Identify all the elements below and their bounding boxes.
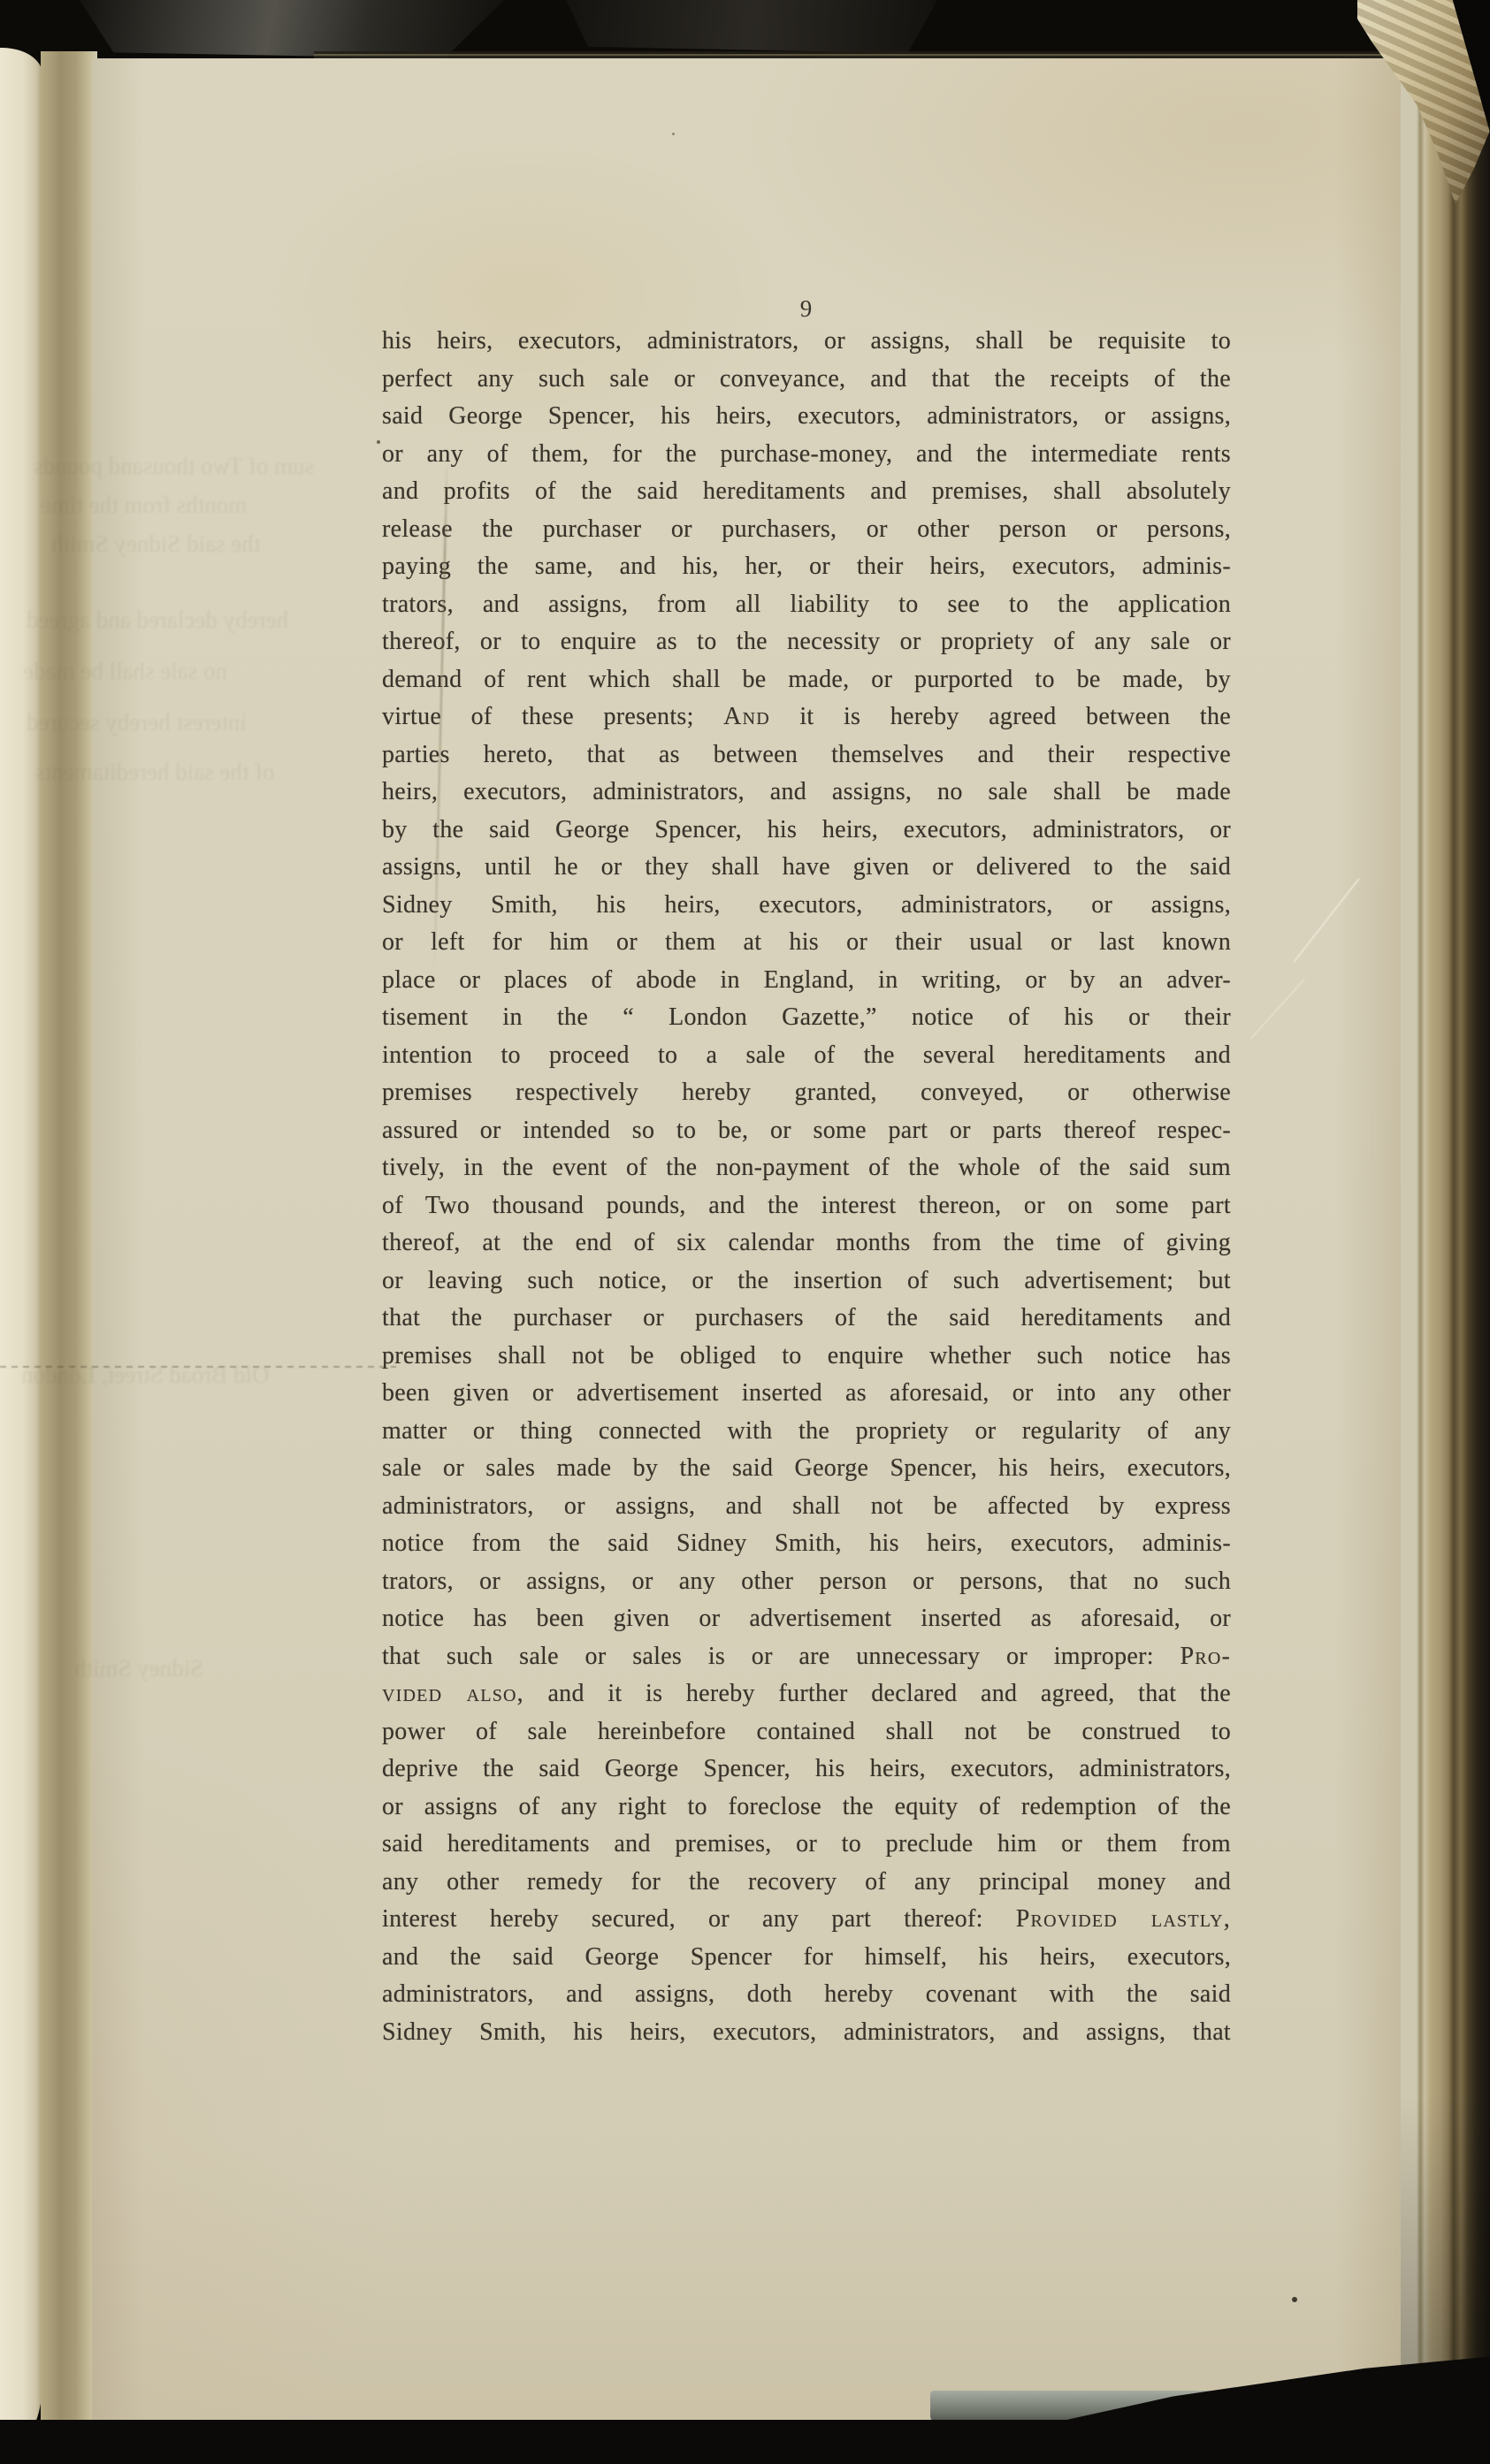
text-line: Sidney Smith, his heirs, executors, admi… <box>382 887 1231 925</box>
text-line: or any of them, for the purchase-money, … <box>382 436 1231 474</box>
text-line: said George Spencer, his heirs, executor… <box>382 398 1231 436</box>
show-through-text: no sale shall be made <box>23 658 227 685</box>
text-line: sale or sales made by the said George Sp… <box>382 1450 1231 1488</box>
text-line: perfect any such sale or conveyance, and… <box>382 361 1231 399</box>
page-number: 9 <box>382 295 1231 323</box>
text-line: of Two thousand pounds, and the interest… <box>382 1187 1231 1225</box>
text-line: demand of rent which shall be made, or p… <box>382 661 1231 699</box>
book-cover-reflection <box>566 0 937 53</box>
show-through-text: of the said hereditaments <box>35 759 275 786</box>
text-line: or assigns of any right to foreclose the… <box>382 1789 1231 1827</box>
text-line: that the purchaser or purchasers of the … <box>382 1300 1231 1338</box>
text-line: trators, and assigns, from all liability… <box>382 586 1231 624</box>
text-line: heirs, executors, administrators, and as… <box>382 774 1231 812</box>
ink-speck <box>672 133 675 135</box>
text-line: release the purchaser or purchasers, or … <box>382 511 1231 549</box>
text-line: vided also, and it is hereby further dec… <box>382 1675 1231 1713</box>
text-line: assured or intended so to be, or some pa… <box>382 1112 1231 1150</box>
text-line: premises respectively hereby granted, co… <box>382 1074 1231 1112</box>
text-line: said hereditaments and premises, or to p… <box>382 1826 1231 1864</box>
show-through-text: Old Broad Street, London <box>21 1362 269 1389</box>
text-line: Sidney Smith, his heirs, executors, admi… <box>382 2014 1231 2052</box>
text-line: thereof, at the end of six calendar mont… <box>382 1224 1231 1263</box>
text-line: paying the same, and his, her, or their … <box>382 548 1231 586</box>
show-through-text: the said Sidney Smith <box>51 530 260 558</box>
deed-text: his heirs, executors, administrators, or… <box>382 323 1231 2051</box>
text-line: and profits of the said hereditaments an… <box>382 473 1231 511</box>
text-line: virtue of these presents; And it is here… <box>382 698 1231 736</box>
text-line: and the said George Spencer for himself,… <box>382 1939 1231 1977</box>
text-line: thereof, or to enquire as to the necessi… <box>382 623 1231 661</box>
ink-speck <box>1292 2297 1297 2302</box>
text-line: assigns, until he or they shall have giv… <box>382 849 1231 887</box>
text-line: or left for him or them at his or their … <box>382 924 1231 962</box>
show-through-text: interest hereby secured <box>27 709 247 736</box>
text-line: place or places of abode in England, in … <box>382 962 1231 1000</box>
show-through-text: Sidney Smith <box>74 1655 203 1682</box>
text-line: by the said George Spencer, his heirs, e… <box>382 812 1231 850</box>
text-line: his heirs, executors, administrators, or… <box>382 323 1231 361</box>
text-line: notice has been given or advertisement i… <box>382 1600 1231 1638</box>
text-line: tively, in the event of the non-payment … <box>382 1149 1231 1187</box>
text-line: been given or advertisement inserted as … <box>382 1375 1231 1413</box>
text-line: administrators, and assigns, doth hereby… <box>382 1976 1231 2014</box>
text-line: intention to proceed to a sale of the se… <box>382 1037 1231 1075</box>
book-scan: 9 his heirs, executors, administrators, … <box>0 0 1490 2464</box>
text-line: parties hereto, that as between themselv… <box>382 736 1231 774</box>
text-line: deprive the said George Spencer, his hei… <box>382 1751 1231 1789</box>
show-through-text: months from the time <box>41 492 247 519</box>
text-line: notice from the said Sidney Smith, his h… <box>382 1525 1231 1563</box>
right-page-edges <box>1395 0 1490 2464</box>
previous-page-edge <box>0 48 42 2445</box>
text-line: any other remedy for the recovery of any… <box>382 1864 1231 1902</box>
text-line: or leaving such notice, or the insertion… <box>382 1263 1231 1301</box>
text-line: that such sale or sales is or are unnece… <box>382 1638 1231 1676</box>
text-line: administrators, or assigns, and shall no… <box>382 1488 1231 1526</box>
background-bottom <box>0 2420 1490 2464</box>
ink-speck <box>377 440 380 444</box>
book-page: 9 his heirs, executors, administrators, … <box>92 58 1401 2428</box>
binding-gutter-shadow <box>41 51 97 2437</box>
text-line: tisement in the “ London Gazette,” notic… <box>382 999 1231 1037</box>
text-line: matter or thing connected with the propr… <box>382 1413 1231 1451</box>
text-line: power of sale hereinbefore contained sha… <box>382 1713 1231 1751</box>
show-through-text: hereby declared and agreed <box>27 606 288 634</box>
show-through-text: sum of Two thousand pounds <box>34 453 314 480</box>
text-line: trators, or assigns, or any other person… <box>382 1563 1231 1601</box>
text-line: interest hereby secured, or any part the… <box>382 1901 1231 1939</box>
text-line: premises shall not be obliged to enquire… <box>382 1338 1231 1376</box>
